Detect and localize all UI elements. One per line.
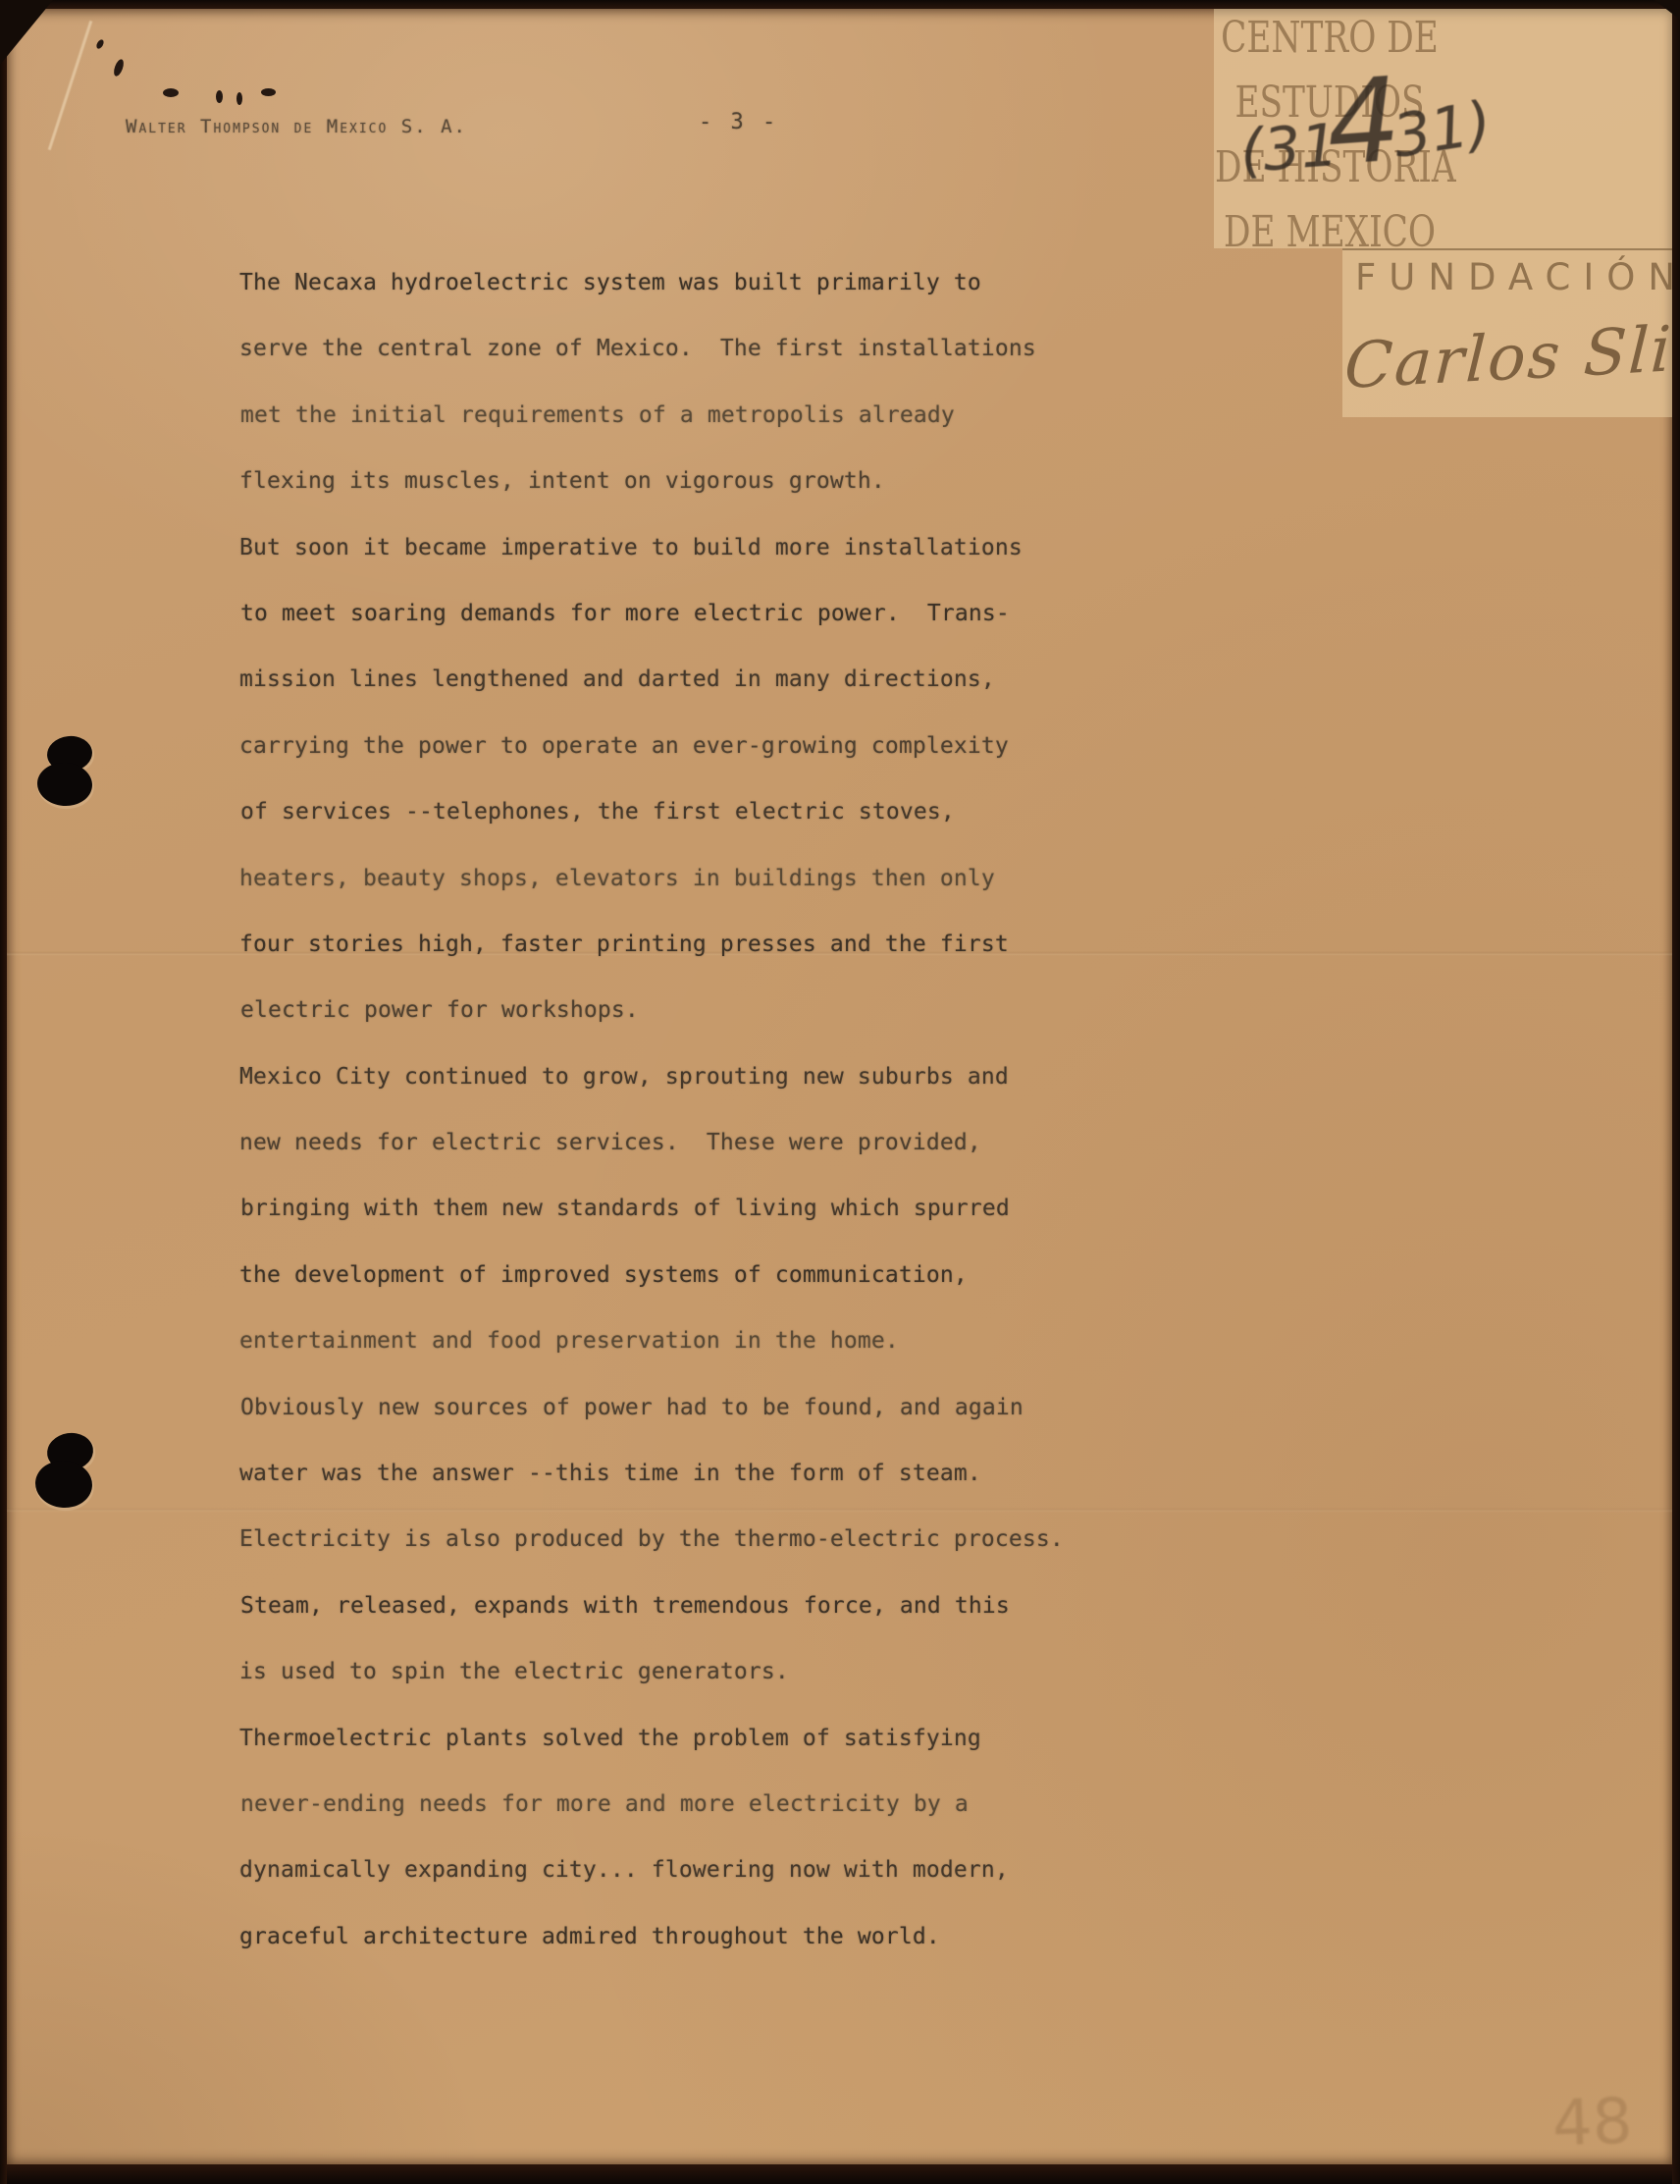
- punch-hole-blob: [33, 1459, 94, 1511]
- typed-line: flexing its muscles, intent on vigorous …: [239, 449, 1437, 514]
- typed-line: serve the central zone of Mexico. The fi…: [239, 316, 1437, 382]
- scanned-document-page: CENTRO DEESTUDIOSDE HISTORIADE MEXICO FU…: [0, 0, 1680, 2184]
- typed-line: new needs for electric services. These w…: [239, 1110, 1437, 1176]
- typed-line: four stories high, faster printing press…: [239, 912, 1437, 978]
- punch-hole-blob: [36, 761, 94, 808]
- typed-line: never-ending needs for more and more ele…: [240, 1772, 1438, 1838]
- typed-line: water was the answer --this time in the …: [239, 1441, 1437, 1507]
- typed-line: to meet soaring demands for more electri…: [240, 581, 1438, 647]
- typed-line: Mexico City continued to grow, sprouting…: [239, 1044, 1437, 1110]
- ink-speck: [163, 88, 179, 97]
- typed-line: electric power for workshops.: [240, 978, 1438, 1043]
- page-number: - 3 -: [699, 110, 778, 134]
- punch-hole-bottom: [35, 1433, 96, 1510]
- faint-corner-number: 48: [1551, 2086, 1634, 2161]
- scan-edge-left: [0, 0, 7, 2184]
- ink-speck: [261, 88, 276, 96]
- typed-line: is used to spin the electric generators.: [239, 1639, 1437, 1705]
- typed-line: carrying the power to operate an ever-gr…: [239, 714, 1437, 779]
- scan-edge-right: [1672, 0, 1680, 2184]
- typed-body: The Necaxa hydroelectric system was buil…: [239, 250, 1437, 1970]
- punch-hole-top: [37, 736, 96, 809]
- typed-line: met the initial requirements of a metrop…: [240, 383, 1438, 449]
- typed-line: bringing with them new standards of livi…: [240, 1176, 1438, 1242]
- typed-line: mission lines lengthened and darted in m…: [239, 647, 1437, 713]
- ink-speck: [236, 92, 242, 105]
- typed-line: The Necaxa hydroelectric system was buil…: [239, 250, 1437, 316]
- typed-line: Electricity is also produced by the ther…: [239, 1507, 1437, 1572]
- typed-line: dynamically expanding city... flowering …: [239, 1838, 1437, 1903]
- typed-line: of services --telephones, the first elec…: [240, 779, 1438, 845]
- archive-number-suffix: 31): [1390, 93, 1496, 167]
- ink-speck: [216, 90, 223, 103]
- scan-edge-bottom: [0, 2164, 1680, 2184]
- typed-line: Steam, released, expands with tremendous…: [240, 1573, 1438, 1639]
- typed-line: the development of improved systems of c…: [239, 1243, 1437, 1308]
- company-header: Walter Thompson de Mexico S. A.: [126, 116, 467, 137]
- typed-line: Obviously new sources of power had to be…: [240, 1375, 1438, 1441]
- archive-number-prefix: (31: [1238, 116, 1340, 182]
- typed-line: Thermoelectric plants solved the problem…: [239, 1706, 1437, 1772]
- typed-line: heaters, beauty shops, elevators in buil…: [239, 846, 1437, 912]
- typed-line: But soon it became imperative to build m…: [239, 515, 1437, 581]
- typed-line: graceful architecture admired throughout…: [239, 1904, 1437, 1970]
- scan-edge-top: [0, 0, 1680, 9]
- typed-line: entertainment and food preservation in t…: [239, 1308, 1437, 1374]
- handwritten-archive-number: (31 4 31): [1235, 58, 1495, 182]
